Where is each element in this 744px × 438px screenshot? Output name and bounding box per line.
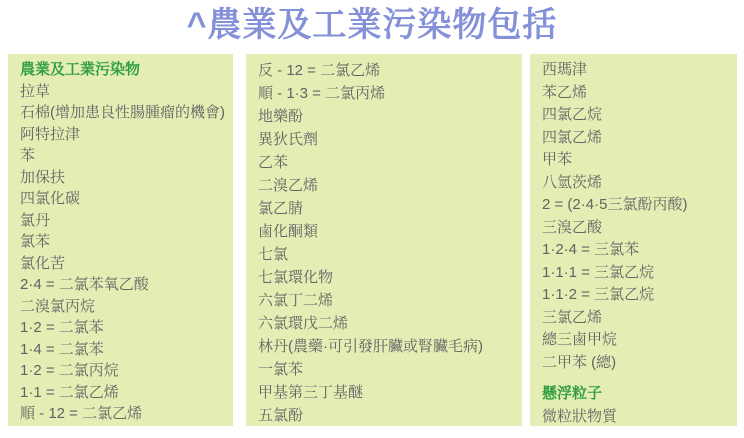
pollutant-item: 1·2·4 = 三氯苯: [542, 239, 737, 262]
pollutant-item: 三溴乙酸: [542, 217, 737, 240]
pollutant-item: 地樂酚: [258, 105, 522, 128]
pollutant-item: 四氯乙烯: [542, 127, 737, 150]
pollutant-item: 六氯丁二烯: [258, 289, 522, 312]
pollutant-columns: 農業及工業污染物 拉草石棉(增加患良性腸腫瘤的機會)阿特拉津苯加保扶四氯化碳氯丹…: [8, 54, 744, 426]
column-agricultural-industrial-pollutants: 農業及工業污染物 拉草石棉(增加患良性腸腫瘤的機會)阿特拉津苯加保扶四氯化碳氯丹…: [8, 54, 233, 426]
pollutant-item: 甲苯: [542, 149, 737, 172]
column-1-list: 拉草石棉(增加患良性腸腫瘤的機會)阿特拉津苯加保扶四氯化碳氯丹氯苯氯化苦2·4 …: [20, 81, 233, 425]
column-middle-pollutants: 反 - 12 = 二氯乙烯順 - 1·3 = 二氯丙烯地樂酚異狄氏劑乙苯二溴乙烯…: [246, 54, 522, 426]
pollutant-item: 二溴氯丙烷: [20, 296, 233, 318]
pollutant-item: 阿特拉津: [20, 124, 233, 146]
pollutant-item: 微粒狀物質: [542, 406, 737, 427]
pollutant-item: 八氫茨烯: [542, 172, 737, 195]
pollutant-item: 二溴乙烯: [258, 174, 522, 197]
pollutant-item: 甲基第三丁基醚: [258, 381, 522, 404]
pollutant-item: 林丹(農藥·可引發肝臟或腎臟毛病): [258, 335, 522, 358]
pollutant-item: 1·2 = 二氯丙烷: [20, 360, 233, 382]
pollutant-item: 苯: [20, 145, 233, 167]
pollutant-item: 四氯乙烷: [542, 104, 737, 127]
pollutant-item: 苯乙烯: [542, 82, 737, 105]
pollutant-item: 一氯苯: [258, 358, 522, 381]
pollutant-item: 1·1 = 二氯乙烯: [20, 382, 233, 404]
pollutant-item: 氯乙腈: [258, 197, 522, 220]
pollutant-item: 拉草: [20, 81, 233, 103]
pollutant-item: 七氯環化物: [258, 266, 522, 289]
pollutant-item: 乙苯: [258, 151, 522, 174]
pollutant-item: 反 - 12 = 二氯乙烯: [258, 59, 522, 82]
pollutant-item: 五氯酚: [258, 404, 522, 426]
pollutant-item: 2 = (2·4·5三氯酚丙酸): [542, 194, 737, 217]
pollutant-item: 六氯環戊二烯: [258, 312, 522, 335]
pollutant-item: 1·1·1 = 三氯乙烷: [542, 262, 737, 285]
pollutant-item: 順 - 1·3 = 二氯丙烯: [258, 82, 522, 105]
suspended-particles-list: 微粒狀物質: [542, 406, 737, 427]
pollutant-item: 氯化苦: [20, 253, 233, 275]
pollutant-item: 1·1·2 = 三氯乙烷: [542, 284, 737, 307]
column-2-list: 反 - 12 = 二氯乙烯順 - 1·3 = 二氯丙烯地樂酚異狄氏劑乙苯二溴乙烯…: [258, 59, 522, 426]
pollutant-item: 氯苯: [20, 231, 233, 253]
page: ^農業及工業污染物包括 農業及工業污染物 拉草石棉(增加患良性腸腫瘤的機會)阿特…: [0, 3, 744, 426]
pollutant-item: 二甲苯 (總): [542, 352, 737, 375]
pollutant-item: 1·4 = 二氯苯: [20, 339, 233, 361]
pollutant-item: 鹵化酮類: [258, 220, 522, 243]
pollutant-item: 加保扶: [20, 167, 233, 189]
pollutant-item: 2·4 = 二氯苯氧乙酸: [20, 274, 233, 296]
pollutant-item: 西瑪津: [542, 59, 737, 82]
pollutant-item: 石棉(增加患良性腸腫瘤的機會): [20, 102, 233, 124]
pollutant-item: 異狄氏劑: [258, 128, 522, 151]
suspended-particles-header: 懸浮粒子: [542, 383, 737, 406]
pollutant-item: 氯丹: [20, 210, 233, 232]
pollutant-item: 總三鹵甲烷: [542, 329, 737, 352]
column-1-header: 農業及工業污染物: [20, 59, 233, 81]
pollutant-item: 1·2 = 二氯苯: [20, 317, 233, 339]
column-3-list: 西瑪津苯乙烯四氯乙烷四氯乙烯甲苯八氫茨烯2 = (2·4·5三氯酚丙酸)三溴乙酸…: [542, 59, 737, 374]
pollutant-item: 七氯: [258, 243, 522, 266]
page-title: ^農業及工業污染物包括: [0, 3, 744, 47]
column-right-pollutants: 西瑪津苯乙烯四氯乙烷四氯乙烯甲苯八氫茨烯2 = (2·4·5三氯酚丙酸)三溴乙酸…: [530, 54, 737, 426]
pollutant-item: 四氯化碳: [20, 188, 233, 210]
pollutant-item: 順 - 12 = 二氯乙烯: [20, 403, 233, 425]
pollutant-item: 三氯乙烯: [542, 307, 737, 330]
